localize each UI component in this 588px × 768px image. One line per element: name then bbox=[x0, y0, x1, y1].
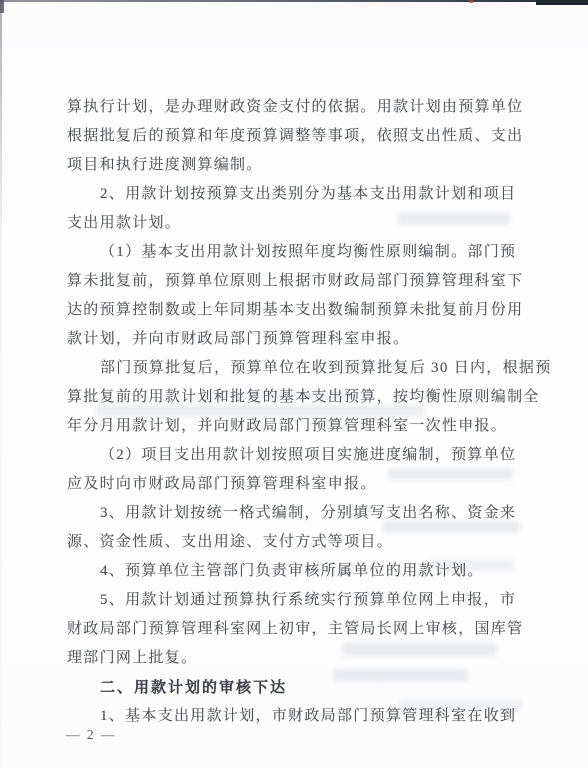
text-line: 应及时向市财政局部门预算管理科室申报。 bbox=[67, 470, 537, 499]
text-line: 1、基本支出用款计划，市财政局部门预算管理科室在收到 bbox=[67, 702, 537, 731]
text-line: 3、用款计划按统一格式编制，分别填写支出名称、资金来 bbox=[67, 499, 537, 528]
text-line: 根据批复后的预算和年度预算调整等事项，依照支出性质、支出 bbox=[67, 122, 537, 151]
scan-edge-left bbox=[0, 0, 2, 768]
page-number: — 2 — bbox=[66, 727, 117, 743]
text-line: 项目和执行进度测算编制。 bbox=[67, 151, 537, 180]
text-line: 算执行计划，是办理财政资金支付的依据。用款计划由预算单位 bbox=[67, 93, 537, 122]
text-line: 理部门网上批复。 bbox=[67, 644, 537, 673]
text-line: 支出用款计划。 bbox=[67, 209, 537, 238]
text-line: 财政局部门预算管理科室网上初审，主管局长网上审核，国库管 bbox=[67, 615, 537, 644]
text-line: （2）项目支出用款计划按照项目实施进度编制，预算单位 bbox=[67, 441, 537, 470]
text-line: 部门预算批复后，预算单位在收到预算批复后 30 日内，根据预 bbox=[67, 354, 537, 383]
text-line: 年分月用款计划，并向财政局部门预算管理科室一次性申报。 bbox=[67, 412, 537, 441]
text-line: 算未批复前，预算单位原则上根据市财政局部门预算管理科室下 bbox=[67, 267, 537, 296]
scan-edge-top-right bbox=[536, 0, 588, 5]
scan-artifact-dot bbox=[468, 0, 474, 3]
text-line: 源、资金性质、支出用途、支付方式等项目。 bbox=[67, 528, 537, 557]
text-line: 4、预算单位主管部门负责审核所属单位的用款计划。 bbox=[67, 557, 537, 586]
document-body: 算执行计划，是办理财政资金支付的依据。用款计划由预算单位根据批复后的预算和年度预… bbox=[67, 93, 537, 731]
text-line: 款计划，并向市财政局部门预算管理科室申报。 bbox=[67, 325, 537, 354]
scanned-document-page: 算执行计划，是办理财政资金支付的依据。用款计划由预算单位根据批复后的预算和年度预… bbox=[0, 0, 588, 768]
text-line: 算批复前的用款计划和批复的基本支出预算，按均衡性原则编制全 bbox=[67, 383, 537, 412]
scan-edge-top bbox=[0, 0, 588, 2]
text-line: 达的预算控制数或上年同期基本支出数编制预算未批复前月份用 bbox=[67, 296, 537, 325]
text-line: 5、用款计划通过预算执行系统实行预算单位网上申报，市 bbox=[67, 586, 537, 615]
text-line: 二、用款计划的审核下达 bbox=[67, 673, 537, 702]
text-line: （1）基本支出用款计划按照年度均衡性原则编制。部门预 bbox=[67, 238, 537, 267]
text-line: 2、用款计划按预算支出类别分为基本支出用款计划和项目 bbox=[67, 180, 537, 209]
